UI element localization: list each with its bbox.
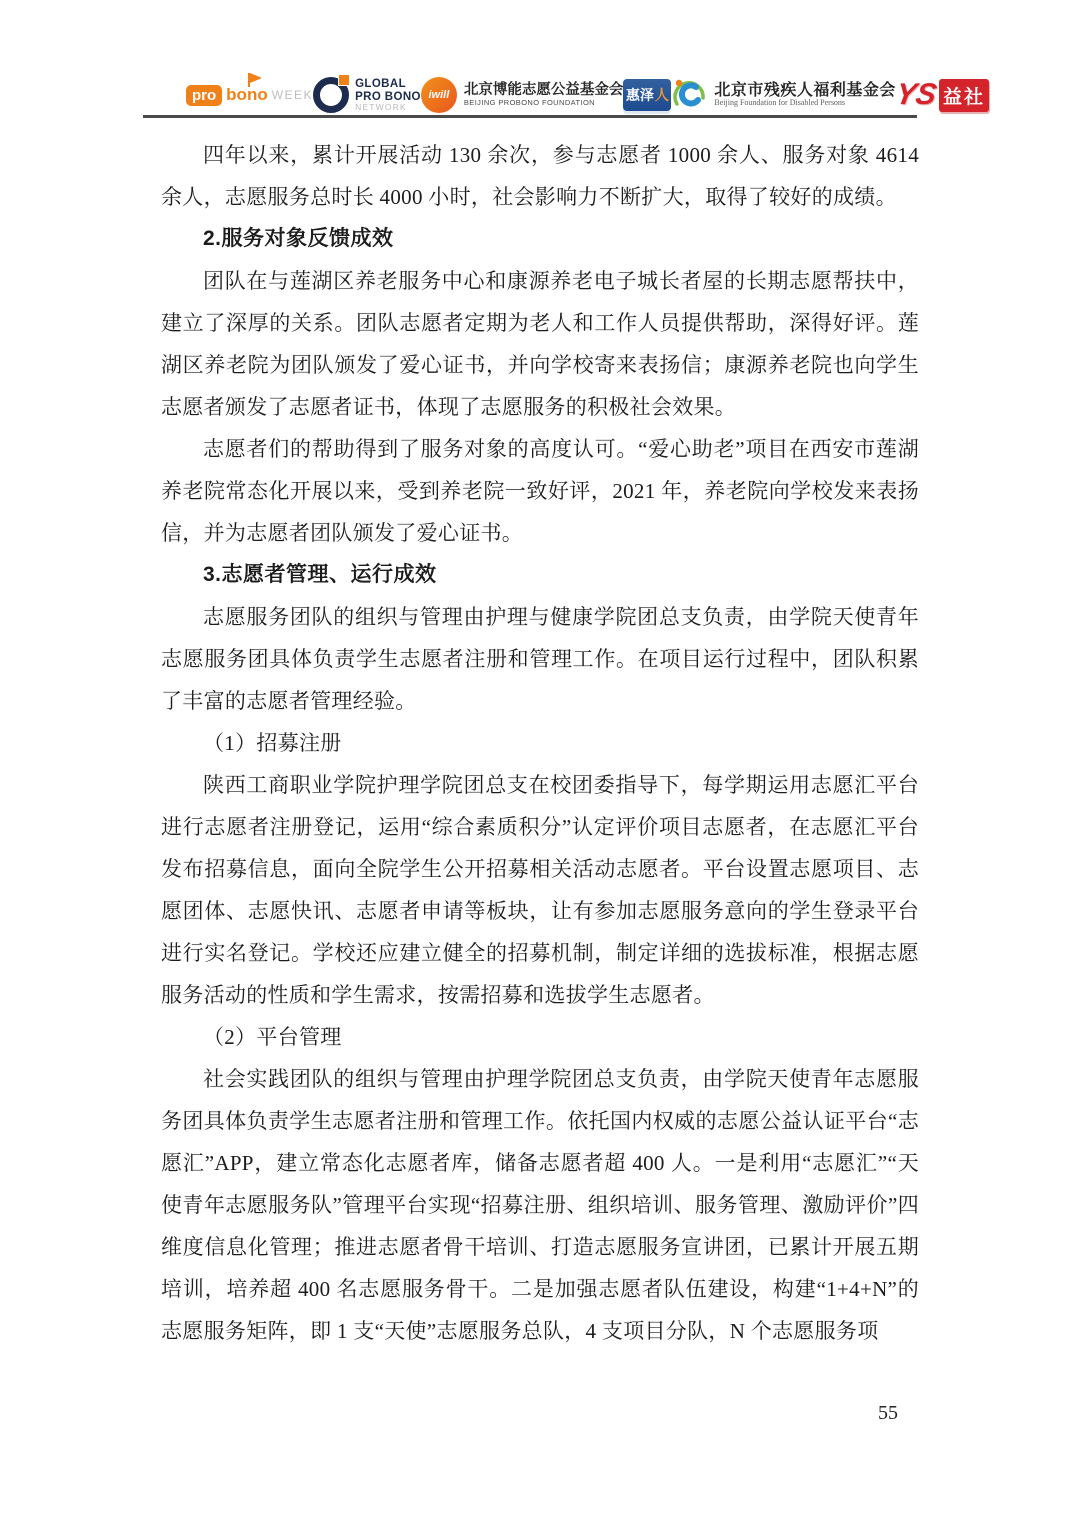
paragraph: 志愿者们的帮助得到了服务对象的高度认可。“爱心助老”项目在西安市莲湖养老院常态化… (161, 428, 919, 554)
paragraph: 志愿服务团队的组织与管理由护理与健康学院团总支负责，由学院天使青年志愿服务团具体… (161, 596, 919, 722)
section-heading: 2.服务对象反馈成效 (161, 218, 919, 260)
document-page: pro bono WEEK GLOBAL PRO BONO NETWORK iw… (0, 0, 1080, 1527)
page-header: pro bono WEEK GLOBAL PRO BONO NETWORK iw… (186, 70, 892, 120)
bono-label: bono (226, 85, 268, 105)
header-divider (143, 115, 917, 118)
bpf-name-cn: 北京博能志愿公益基金会 (464, 82, 624, 99)
sub-heading: （1）招募注册 (161, 722, 919, 764)
c-ring-icon (313, 77, 349, 113)
logo-global-pro-bono-network: GLOBAL PRO BONO NETWORK (313, 77, 421, 113)
pro-badge: pro (186, 85, 222, 106)
huizeren-ren: 人 (655, 85, 669, 105)
flag-icon (248, 73, 250, 87)
document-body: 四年以来，累计开展活动 130 余次，参与志愿者 1000 余人、服务对象 46… (161, 134, 919, 1352)
gpb-line3: NETWORK (355, 103, 421, 112)
logo-huizeren: 惠泽人 (623, 79, 671, 111)
section-heading: 3.志愿者管理、运行成效 (161, 554, 919, 596)
yishe-label: 益社 (939, 79, 989, 112)
page-number: 55 (878, 1402, 898, 1425)
bfdp-name-cn: 北京市残疾人福利基金会 (714, 82, 896, 100)
gpb-line1: GLOBAL (355, 78, 421, 90)
huizeren-label: 惠泽 (626, 85, 654, 105)
logo-beijing-probono-foundation: iwill 北京博能志愿公益基金会 BEIJING PROBONO FOUNDA… (421, 77, 624, 113)
bpf-name-en: BEIJING PROBONO FOUNDATION (464, 99, 624, 108)
gpb-line2: PRO BONO (355, 91, 421, 103)
paragraph: 四年以来，累计开展活动 130 余次，参与志愿者 1000 余人、服务对象 46… (161, 134, 919, 218)
sub-heading: （2）平台管理 (161, 1016, 919, 1058)
logo-disabled-persons-foundation: 北京市残疾人福利基金会 Beijing Foundation for Disab… (671, 76, 896, 114)
paragraph: 陕西工商职业学院护理学院团总支在校团委指导下，每学期运用志愿汇平台进行志愿者注册… (161, 764, 919, 1016)
paragraph: 团队在与莲湖区养老服务中心和康源养老电子城长者屋的长期志愿帮扶中，建立了深厚的关… (161, 260, 919, 428)
paragraph: 社会实践团队的组织与管理由护理学院团总支负责，由学院天使青年志愿服务团具体负责学… (161, 1058, 919, 1352)
week-label: WEEK (272, 88, 313, 102)
bfdp-name-en: Beijing Foundation for Disabled Persons (714, 99, 896, 108)
logo-yishe: YS 益社 (896, 79, 989, 112)
iwill-badge-icon: iwill (421, 77, 457, 113)
ys-mark: YS (893, 80, 938, 110)
logo-pro-bono-week: pro bono WEEK (186, 85, 313, 106)
swirl-globe-icon (671, 76, 707, 114)
